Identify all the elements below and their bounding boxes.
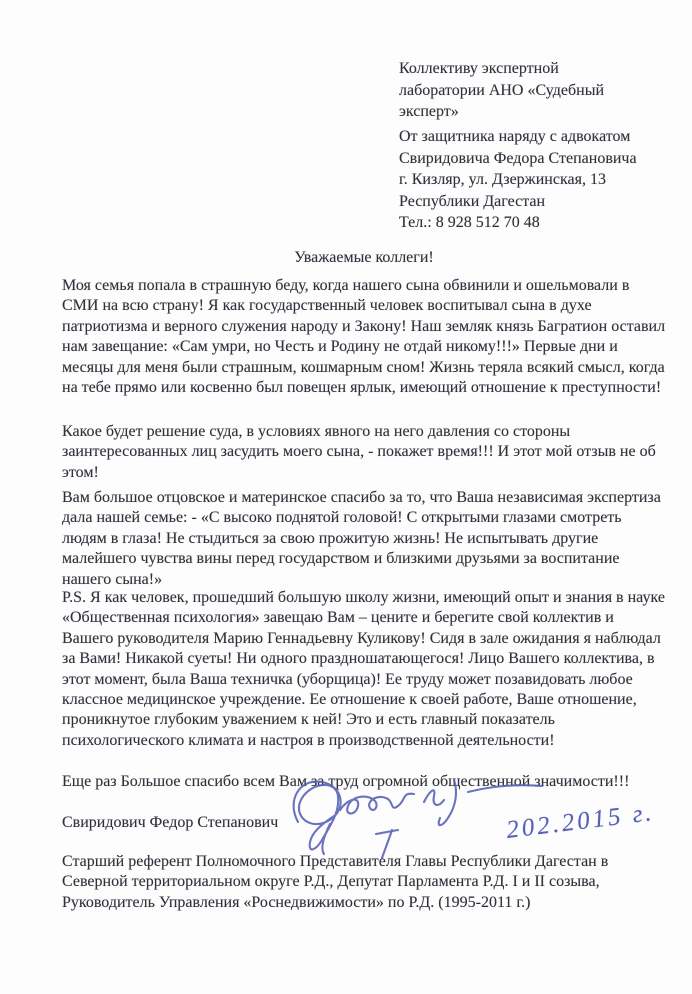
sender-line: Тел.: 8 928 512 70 48 bbox=[399, 212, 659, 234]
handwritten-date: 202.2015 г. bbox=[505, 799, 656, 845]
sender-address: От защитника наряду с адвокатом Свиридов… bbox=[399, 126, 659, 234]
sender-line: г. Кизляр, ул. Дзержинская, 13 bbox=[399, 169, 659, 191]
sender-line: Свиридовича Федора Степановича bbox=[399, 148, 659, 170]
body-paragraph-3: Вам большое отцовское и материнское спас… bbox=[62, 488, 666, 590]
recipient-line: Коллективу экспертной bbox=[399, 58, 659, 80]
sender-line: От защитника наряду с адвокатом bbox=[399, 126, 659, 148]
body-paragraph-4: P.S. Я как человек, прошедший большую шк… bbox=[62, 588, 666, 751]
closing-paragraph: Еще раз Большое спасибо всем Вам за труд… bbox=[62, 772, 666, 792]
recipient-line: эксперт» bbox=[399, 101, 659, 123]
body-paragraph-1: Моя семья попала в страшную беду, когда … bbox=[62, 276, 666, 398]
salutation: Уважаемые коллеги! bbox=[62, 248, 666, 268]
signatory-credentials: Старший референт Полномочного Представит… bbox=[62, 852, 666, 913]
recipient-address: Коллективу экспертной лаборатории АНО «С… bbox=[399, 58, 659, 123]
body-paragraph-2: Какое будет решение суда, в условиях явн… bbox=[62, 422, 666, 483]
recipient-line: лаборатории АНО «Судебный bbox=[399, 80, 659, 102]
sender-line: Республики Дагестан bbox=[399, 191, 659, 213]
letter-page: Коллективу экспертной лаборатории АНО «С… bbox=[0, 0, 692, 994]
